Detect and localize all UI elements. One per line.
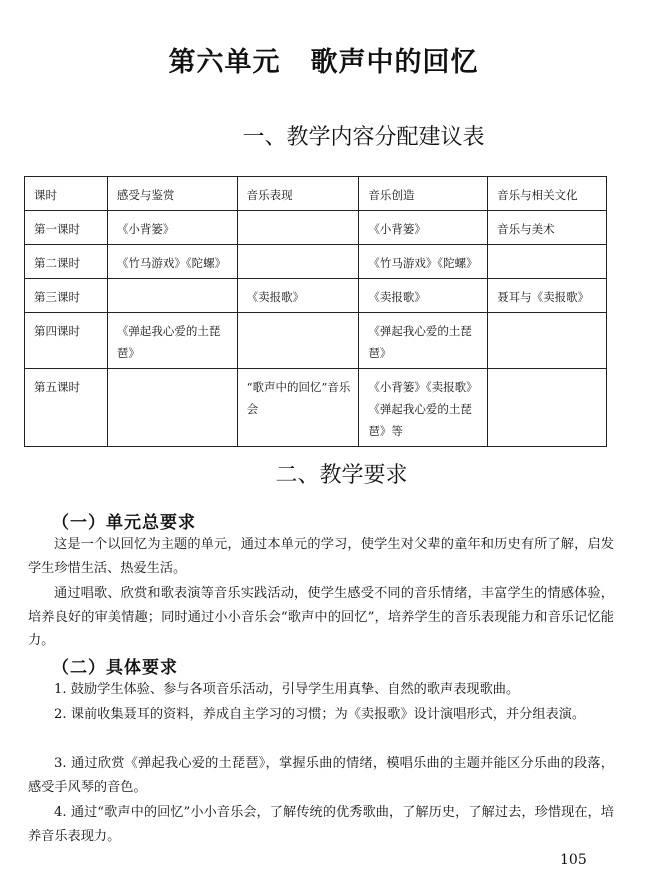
header-cell: 课时 [25,177,108,211]
section-title-allocation: 一、教学内容分配建议表 [40,120,647,151]
unit-title: 第六单元歌声中的回忆 [0,40,647,79]
table-cell: 第二课时 [25,245,108,279]
paragraph: 这是一个以回忆为主题的单元，通过本单元的学习，使学生对父辈的童年和历史有所了解，… [28,533,614,580]
allocation-table: 课时 感受与鉴赏 音乐表现 音乐创造 音乐与相关文化 第一课时 《小背篓》 《小… [24,176,607,447]
table-cell: 《小背篓》《卖报歌》《弹起我心爱的土琵琶》等 [359,369,488,447]
table-cell [488,369,607,447]
requirement-item: 3. 通过欣赏《弹起我心爱的土琵琶》，掌握乐曲的情绪，模唱乐曲的主题并能区分乐曲… [28,752,614,799]
header-cell: 音乐与相关文化 [488,177,607,211]
unit-number: 第六单元 [169,47,281,78]
table-header-row: 课时 感受与鉴赏 音乐表现 音乐创造 音乐与相关文化 [25,177,607,211]
table-row: 第二课时 《竹马游戏》《陀螺》 《竹马游戏》《陀螺》 [25,245,607,279]
table-cell: 《卖报歌》 [359,279,488,313]
table-cell: 第五课时 [25,369,108,447]
unit-name: 歌声中的回忆 [311,47,479,78]
table-cell: 《竹马游戏》《陀螺》 [359,245,488,279]
table-cell [237,313,359,369]
table-cell [237,211,359,245]
paragraph: 通过唱歌、欣赏和歌表演等音乐实践活动，使学生感受不同的音乐情绪，丰富学生的情感体… [28,582,614,653]
requirement-item: 4. 通过“歌声中的回忆”小小音乐会，了解传统的优秀歌曲，了解历史，了解过去，珍… [28,801,614,848]
table-cell: 《小背篓》 [359,211,488,245]
table-cell: 《小背篓》 [107,211,237,245]
section-title-requirements: 二、教学要求 [18,458,647,489]
table-cell: 第三课时 [25,279,108,313]
table-cell: 聂耳与《卖报歌》 [488,279,607,313]
header-cell: 音乐表现 [237,177,359,211]
table-row: 第一课时 《小背篓》 《小背篓》 音乐与美术 [25,211,607,245]
table-cell [488,245,607,279]
table-row: 第五课时 “歌声中的回忆”音乐会 《小背篓》《卖报歌》《弹起我心爱的土琵琶》等 [25,369,607,447]
table-cell [107,369,237,447]
table-cell: 《弹起我心爱的土琵琶》 [359,313,488,369]
table-row: 第三课时 《卖报歌》 《卖报歌》 聂耳与《卖报歌》 [25,279,607,313]
table-cell: 第一课时 [25,211,108,245]
page-number: 105 [560,852,587,868]
requirement-item: 1. 鼓励学生体验、参与各项音乐活动，引导学生用真挚、自然的歌声表现歌曲。 [28,678,614,702]
table-cell: 音乐与美术 [488,211,607,245]
table-cell [107,279,237,313]
subheading-specific-requirements: （二）具体要求 [52,653,178,678]
table-cell: “歌声中的回忆”音乐会 [237,369,359,447]
subheading-general-requirements: （一）单元总要求 [52,508,196,533]
table-cell [488,313,607,369]
table-cell: 《弹起我心爱的土琵琶》 [107,313,237,369]
requirement-item: 2. 课前收集聂耳的资料，养成自主学习的习惯；为《卖报歌》设计演唱形式，并分组表… [28,703,614,727]
table-row: 第四课时 《弹起我心爱的土琵琶》 《弹起我心爱的土琵琶》 [25,313,607,369]
table-cell: 第四课时 [25,313,108,369]
header-cell: 感受与鉴赏 [107,177,237,211]
table-cell [237,245,359,279]
table-cell: 《卖报歌》 [237,279,359,313]
header-cell: 音乐创造 [359,177,488,211]
table-cell: 《竹马游戏》《陀螺》 [107,245,237,279]
